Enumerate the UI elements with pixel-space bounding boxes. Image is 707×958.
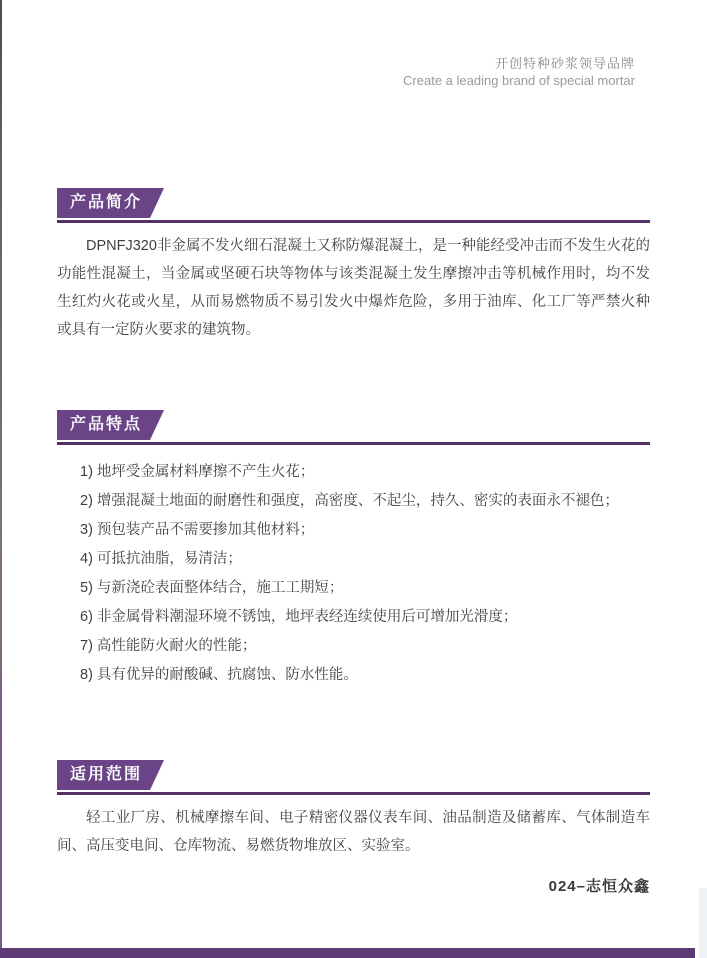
section-title-badge: 适用范围 <box>57 760 164 790</box>
slogan-english: Create a leading brand of special mortar <box>403 72 635 89</box>
feature-item: 1) 地坪受金属材料摩擦不产生火花； <box>80 458 650 487</box>
page-left-edge-line <box>0 0 2 958</box>
section-underline <box>57 792 650 795</box>
page-number-label: 024–志恒众鑫 <box>549 875 650 896</box>
feature-item: 5) 与新浇砼表面整体结合，施工工期短； <box>80 574 650 603</box>
page-right-edge-shadow <box>699 888 707 958</box>
section-underline <box>57 220 650 223</box>
slogan-chinese: 开创特种砂浆领导品牌 <box>403 55 635 72</box>
section-product-features: 产品特点 1) 地坪受金属材料摩擦不产生火花； 2) 增强混凝土地面的耐磨性和强… <box>57 410 650 690</box>
section-title-badge: 产品简介 <box>57 188 164 218</box>
intro-paragraph: DPNFJ320非金属不发火细石混凝土又称防爆混凝土，是一种能经受冲击而不发生火… <box>57 232 650 344</box>
feature-list: 1) 地坪受金属材料摩擦不产生火花； 2) 增强混凝土地面的耐磨性和强度，高密度… <box>57 458 650 690</box>
section-underline <box>57 442 650 445</box>
feature-item: 8) 具有优异的耐酸碱、抗腐蚀、防水性能。 <box>80 661 650 690</box>
section-product-intro: 产品简介 DPNFJ320非金属不发火细石混凝土又称防爆混凝土，是一种能经受冲击… <box>57 188 650 344</box>
feature-item: 6) 非金属骨料潮湿环境不锈蚀，地坪表经连续使用后可增加光滑度； <box>80 603 650 632</box>
feature-item: 2) 增强混凝土地面的耐磨性和强度，高密度、不起尘，持久、密实的表面永不褪色； <box>80 487 650 516</box>
section-application-scope: 适用范围 轻工业厂房、机械摩擦车间、电子精密仪器仪表车间、油品制造及储蓄库、气体… <box>57 760 650 860</box>
section-title-badge: 产品特点 <box>57 410 164 440</box>
feature-item: 4) 可抵抗油脂，易清洁； <box>80 545 650 574</box>
bottom-border-band <box>0 948 695 958</box>
feature-item: 7) 高性能防火耐火的性能； <box>80 632 650 661</box>
header-slogans: 开创特种砂浆领导品牌 Create a leading brand of spe… <box>403 55 635 89</box>
feature-item: 3) 预包装产品不需要掺加其他材料； <box>80 516 650 545</box>
scope-paragraph: 轻工业厂房、机械摩擦车间、电子精密仪器仪表车间、油品制造及储蓄库、气体制造车间、… <box>57 804 650 860</box>
catalog-page: 开创特种砂浆领导品牌 Create a leading brand of spe… <box>0 0 707 958</box>
